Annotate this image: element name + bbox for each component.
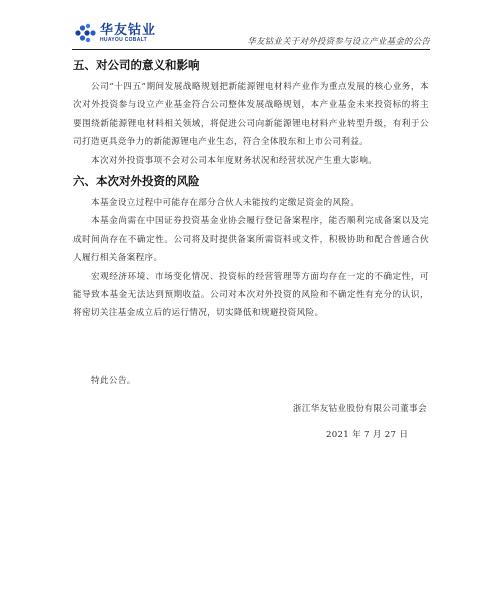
logo-name-en: HUAYOU COBALT (100, 38, 156, 43)
paragraph: 本次对外投资事项不会对公司本年度财务状况和经营状况产生重大影响。 (73, 152, 429, 170)
section-significance: 五、对公司的意义和影响 公司“十四五”期间发展战略规划把新能源锂电材料产业作为重… (73, 57, 429, 170)
section-heading: 六、本次对外投资的风险 (73, 173, 429, 190)
logo-text: 华友钴业 HUAYOU COBALT (100, 24, 156, 43)
announcement-date: 2021 年 7 月 27 日 (326, 428, 408, 440)
paragraph: 公司“十四五”期间发展战略规划把新能源锂电材料产业作为重点发展的核心业务，本次对… (73, 78, 429, 152)
document-page: 华友钴业 HUAYOU COBALT 华友钴业关于对外投资参与设立产业基金的公告… (0, 0, 500, 591)
paragraph: 宏观经济环境、市场变化情况、投资标的经营管理等方面均存在一定的不确定性，可能导致… (73, 268, 429, 323)
document-body: 五、对公司的意义和影响 公司“十四五”期间发展战略规划把新能源锂电材料产业作为重… (73, 57, 429, 323)
section-heading: 五、对公司的意义和影响 (73, 57, 429, 74)
company-logo: 华友钴业 HUAYOU COBALT (74, 21, 156, 45)
signature: 浙江华友钴业股份有限公司董事会 (227, 402, 427, 414)
logo-name-cn: 华友钴业 (100, 24, 156, 37)
paragraph: 本基金尚需在中国证券投资基金业协会履行登记备案程序，能否顺利完成备案以及完成时间… (73, 212, 429, 267)
paragraph: 本基金设立过程中可能存在部分合伙人未能按约定缴足资金的风险。 (73, 194, 429, 212)
page-header: 华友钴业 HUAYOU COBALT 华友钴业关于对外投资参与设立产业基金的公告 (72, 18, 430, 50)
announcement-title: 华友钴业关于对外投资参与设立产业基金的公告 (247, 35, 430, 47)
huayou-cobalt-logo-icon (74, 23, 96, 43)
closing-statement: 特此公告。 (73, 372, 136, 390)
section-risks: 六、本次对外投资的风险 本基金设立过程中可能存在部分合伙人未能按约定缴足资金的风… (73, 173, 429, 323)
